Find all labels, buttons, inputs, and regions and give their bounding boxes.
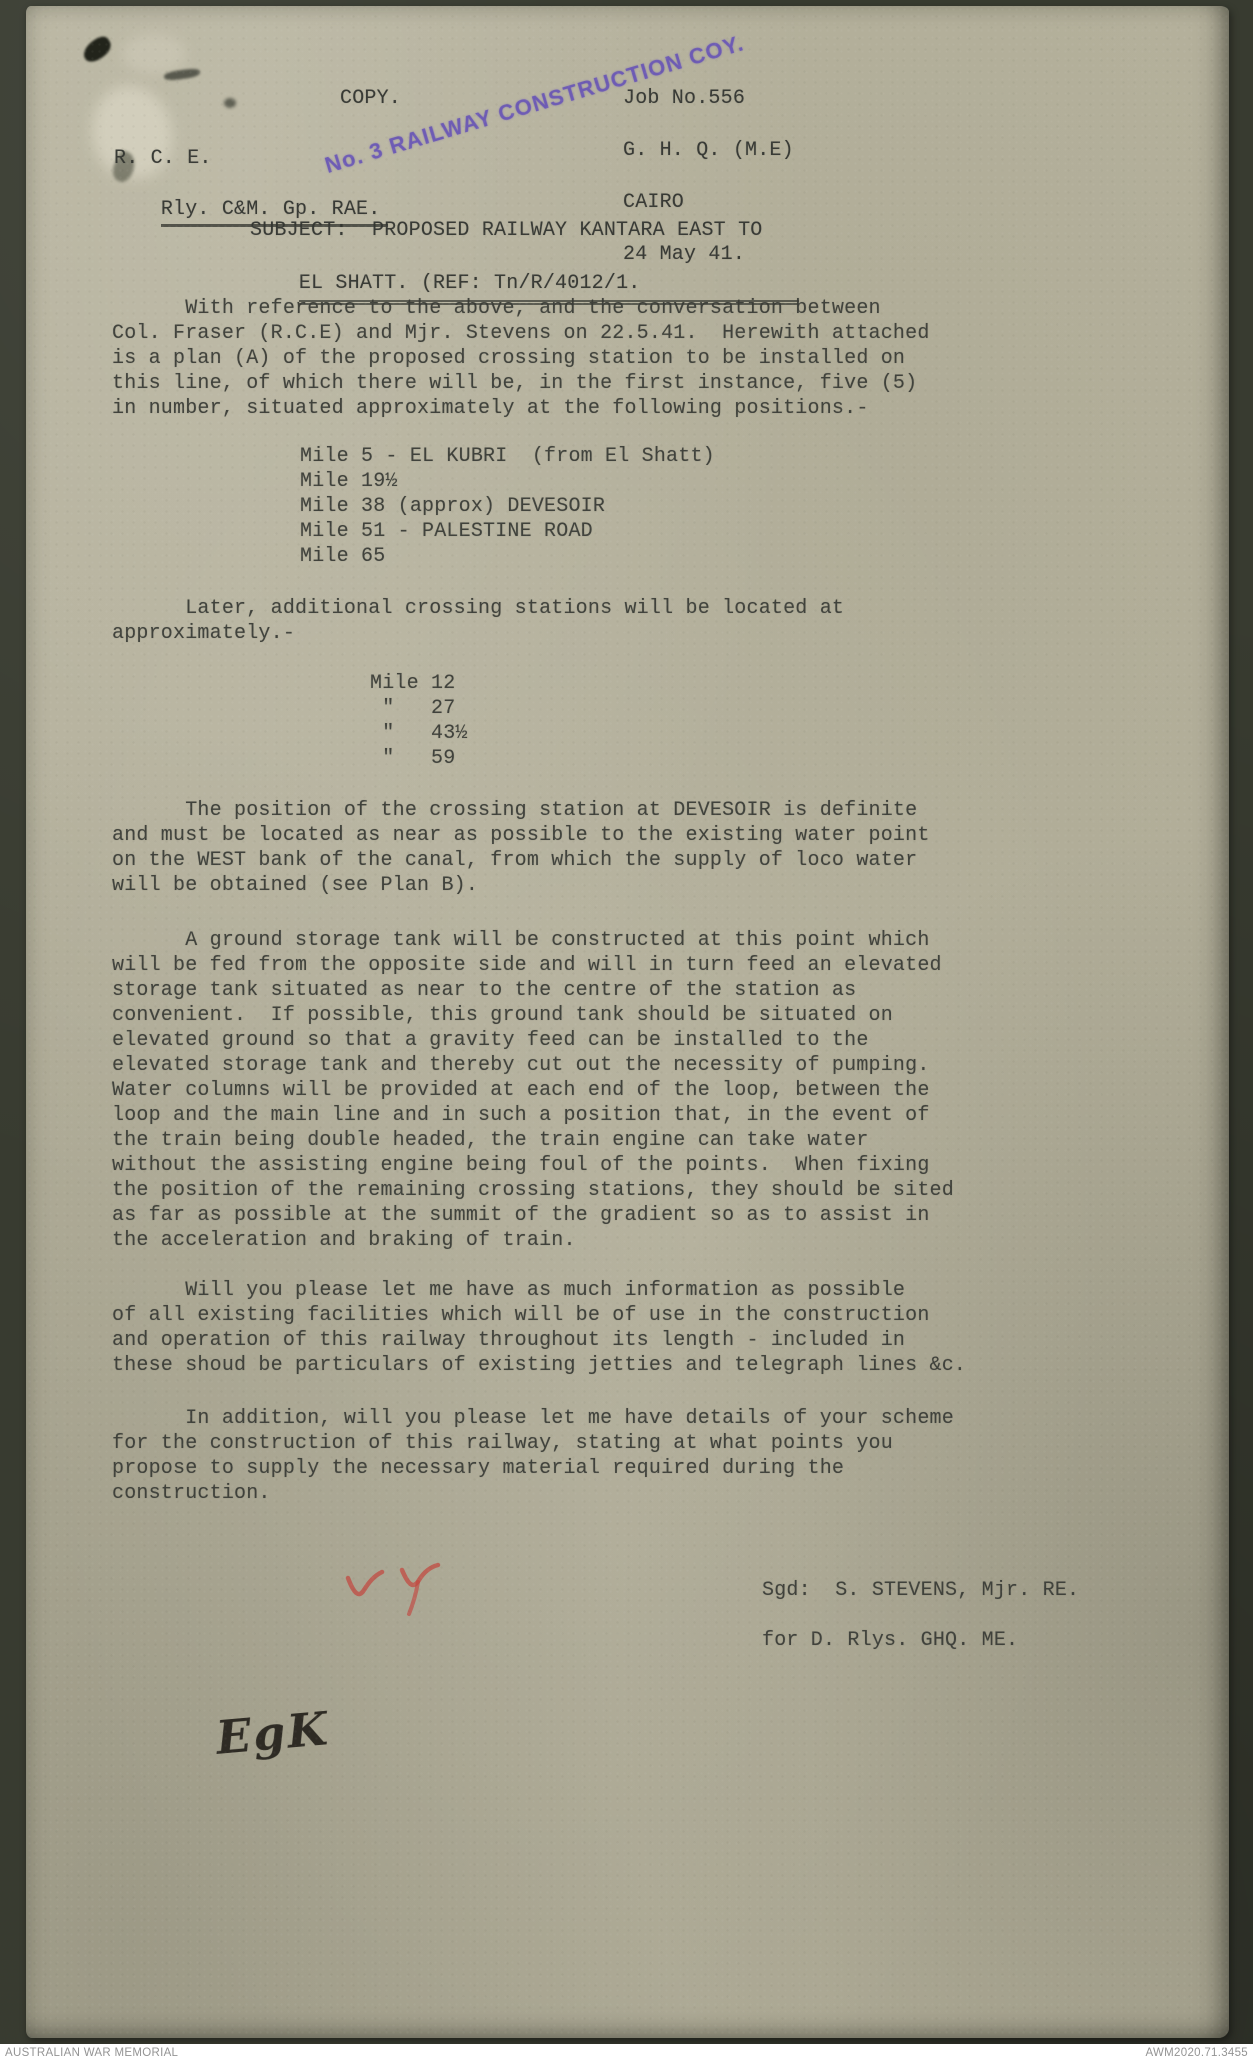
paragraph-storage-tank: A ground storage tank will be constructe… [112, 928, 954, 1253]
paragraph-intro: With reference to the above, and the con… [112, 296, 930, 421]
pencil-smudge [164, 68, 201, 82]
paragraph-scheme-request: In addition, will you please let me have… [112, 1406, 954, 1506]
paragraph-later-stations: Later, additional crossing stations will… [112, 596, 844, 646]
red-check-marks [344, 1562, 454, 1622]
paragraph-devesoir: The position of the crossing station at … [112, 798, 930, 898]
archive-footer: AUSTRALIAN WAR MEMORIAL AWM2020.71.3455 [0, 2044, 1253, 2061]
org-line: G. H. Q. (M.E) [623, 139, 794, 162]
paragraph-information-request: Will you please let me have as much info… [112, 1278, 966, 1378]
subject-line1: SUBJECT: PROPOSED RAILWAY KANTARA EAST T… [250, 218, 762, 243]
mile-list-primary: Mile 5 - EL KUBRI (from El Shatt) Mile 1… [300, 444, 715, 569]
signature-block: Sgd: S. STEVENS, Mjr. RE. for D. Rlys. G… [762, 1578, 1079, 1653]
job-number: Job No.556 [623, 87, 745, 110]
sender-unit-line1: R. C. E. [114, 146, 212, 171]
red-check-icon [396, 1562, 444, 1620]
archive-footer-id: AWM2020.71.3455 [1145, 2047, 1248, 2059]
place-line: CAIRO [623, 191, 684, 214]
pencil-smudge [224, 98, 236, 108]
signature-line1: Sgd: S. STEVENS, Mjr. RE. [762, 1579, 1079, 1602]
ink-blot-mark [79, 33, 115, 65]
paper-damage-patch [122, 34, 186, 74]
handwritten-initials: EgK [214, 1701, 331, 1765]
red-check-icon [344, 1568, 388, 1612]
signature-line2: for D. Rlys. GHQ. ME. [762, 1629, 1018, 1652]
scanned-letter-page: COPY. Job No.556 G. H. Q. (M.E) CAIRO 24… [26, 6, 1229, 2038]
archive-footer-source: AUSTRALIAN WAR MEMORIAL [5, 2047, 178, 2059]
copy-label: COPY. [340, 86, 401, 111]
mile-list-later: Mile 12 " 27 " 43½ " 59 [370, 671, 468, 771]
